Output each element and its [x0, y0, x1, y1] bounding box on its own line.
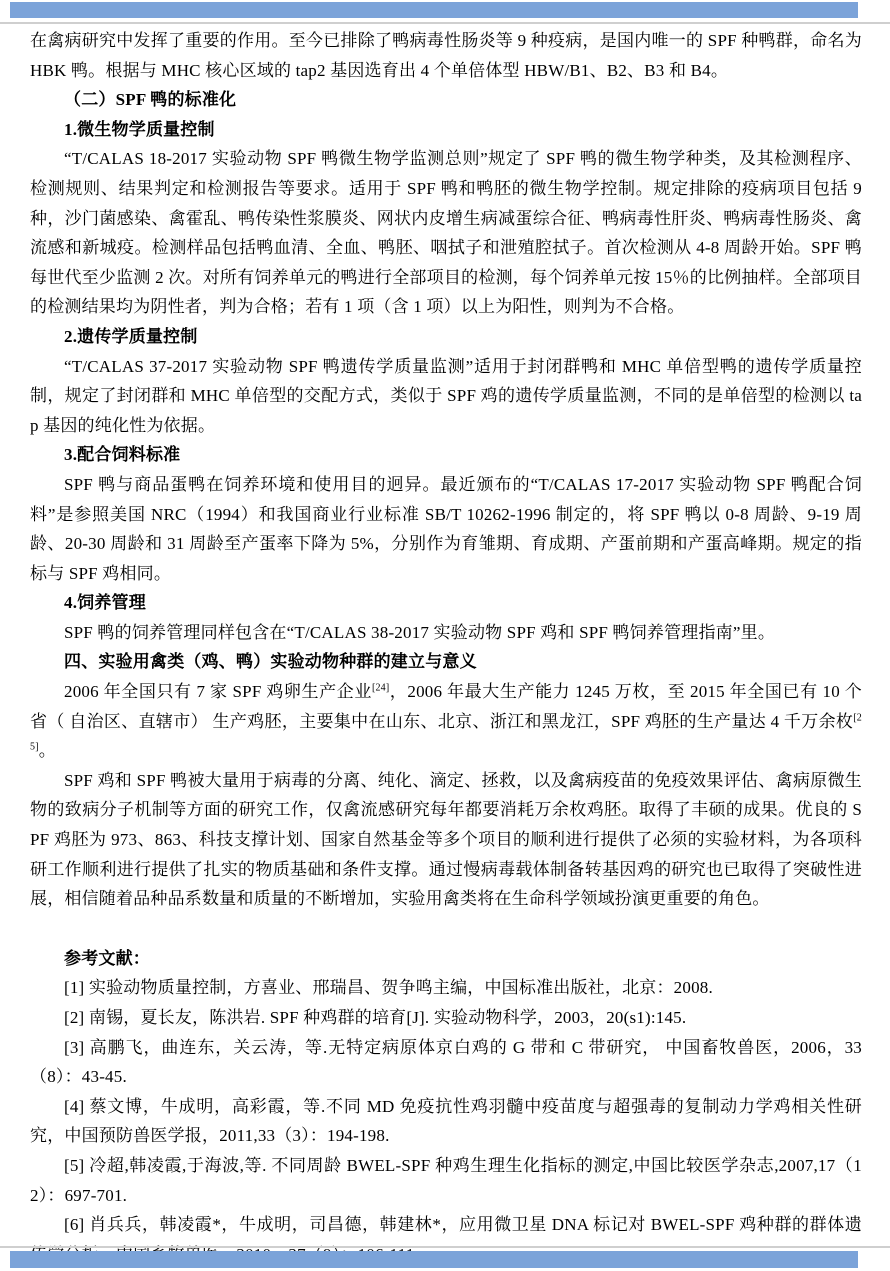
paragraph-husbandry: SPF 鸭的饲养管理同样包含在“T/CALAS 38-2017 实验动物 SPF…: [30, 618, 862, 648]
top-border-bar: [10, 2, 858, 18]
reference-item-4: [4] 蔡文博，牛成明，高彩霞，等.不同 MD 免疫抗性鸡羽髓中疫苗度与超强毒的…: [30, 1092, 862, 1151]
reference-item-2: [2] 南锡，夏长友，陈洪岩. SPF 种鸡群的培育[J]. 实验动物科学，20…: [30, 1003, 862, 1033]
flock-text-pre: 2006 年全国只有 7 家 SPF 鸡卵生产企业: [64, 682, 372, 701]
reference-item-1: [1] 实验动物质量控制，方喜业、邢瑞昌、贺争鸣主编，中国标准出版社，北京：20…: [30, 973, 862, 1003]
flock-text-end: 。: [39, 741, 56, 760]
citation-superscript-24: [24]: [372, 682, 389, 693]
heading-feed-standard: 3.配合饲料标准: [30, 440, 862, 470]
heading-references: 参考文献：: [30, 944, 862, 974]
bottom-border-bar: [10, 1251, 858, 1268]
reference-item-5: [5] 冷超,韩凌霞,于海波,等. 不同周龄 BWEL-SPF 种鸡生理生化指标…: [30, 1151, 862, 1210]
document-page: 在禽病研究中发挥了重要的作用。至今已排除了鸭病毒性肠炎等 9 种疫病，是国内唯一…: [0, 0, 890, 1271]
heading-genetic-quality-control: 2.遗传学质量控制: [30, 322, 862, 352]
heading-section2-spf-duck-standardization: （二）SPF 鸭的标准化: [30, 85, 862, 115]
heading-microbiology-quality-control: 1.微生物学质量控制: [30, 115, 862, 145]
heading-husbandry-management: 4.饲养管理: [30, 588, 862, 618]
paragraph-usage-significance: SPF 鸡和 SPF 鸭被大量用于病毒的分离、纯化、滴定、拯救，以及禽病疫苗的免…: [30, 766, 862, 914]
heading-section4-poultry-colony: 四、实验用禽类（鸡、鸭）实验动物种群的建立与意义: [30, 647, 862, 677]
top-divider-line: [0, 22, 890, 24]
paragraph-intro: 在禽病研究中发挥了重要的作用。至今已排除了鸭病毒性肠炎等 9 种疫病，是国内唯一…: [30, 26, 862, 85]
paragraph-feed: SPF 鸭与商品蛋鸭在饲养环境和使用目的迥异。最近颁布的“T/CALAS 17-…: [30, 470, 862, 588]
paragraph-flock-statistics: 2006 年全国只有 7 家 SPF 鸡卵生产企业[24]，2006 年最大生产…: [30, 677, 862, 766]
blank-line-spacer: [30, 914, 862, 944]
paragraph-microbiology: “T/CALAS 18-2017 实验动物 SPF 鸭微生物学监测总则”规定了 …: [30, 144, 862, 322]
document-body: 在禽病研究中发挥了重要的作用。至今已排除了鸭病毒性肠炎等 9 种疫病，是国内唯一…: [30, 26, 862, 1269]
reference-item-3: [3] 高鹏飞，曲连东，关云涛，等.无特定病原体京白鸡的 G 带和 C 带研究，…: [30, 1033, 862, 1092]
bottom-divider-line: [0, 1246, 890, 1248]
paragraph-genetics: “T/CALAS 37-2017 实验动物 SPF 鸭遗传学质量监测”适用于封闭…: [30, 352, 862, 441]
